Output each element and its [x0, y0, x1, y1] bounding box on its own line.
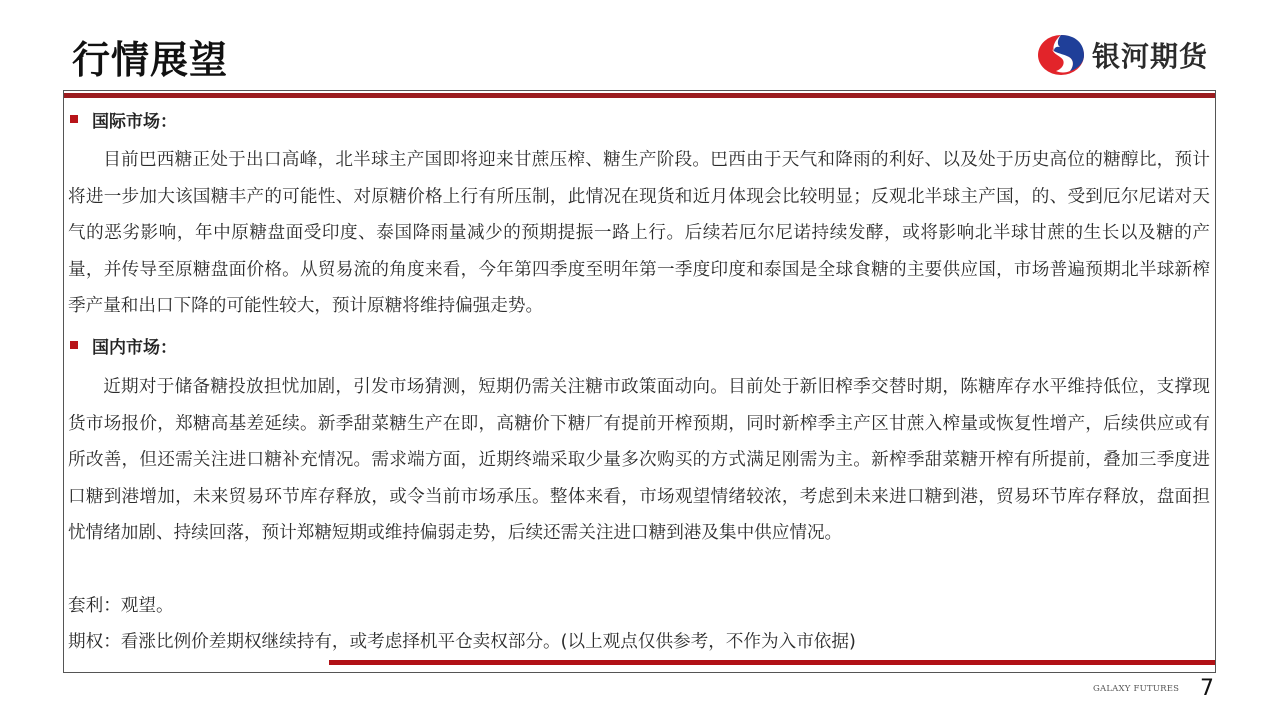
bottom-red-divider: [329, 660, 1215, 665]
section-heading-label: 国际市场：: [92, 107, 177, 132]
options-note: 期权：看涨比例价差期权继续持有，或考虑择机平仓卖权部分。(以上观点仅供参考，不作…: [68, 624, 856, 660]
square-bullet-icon: [70, 341, 78, 349]
section-heading-domestic: 国内市场：: [70, 333, 177, 357]
page-number: 7: [1200, 676, 1214, 701]
square-bullet-icon: [70, 115, 78, 123]
section-heading-international: 国际市场：: [70, 107, 177, 131]
galaxy-logo-icon: [1036, 33, 1086, 77]
top-red-divider: [64, 93, 1215, 98]
logo-text: 银河期货: [1092, 35, 1208, 75]
page-title: 行情展望: [72, 36, 228, 84]
content-box: 国际市场： 目前巴西糖正处于出口高峰，北半球主产国即将迎来甘蔗压榨、糖生产阶段。…: [63, 90, 1216, 673]
footer-brand: GALAXY FUTURES: [1093, 684, 1179, 694]
company-logo: 银河期货: [1036, 32, 1208, 78]
domestic-market-paragraph: 近期对于储备糖投放担忧加剧，引发市场猜测，短期仍需关注糖市政策面动向。目前处于新…: [68, 369, 1210, 552]
international-market-paragraph: 目前巴西糖正处于出口高峰，北半球主产国即将迎来甘蔗压榨、糖生产阶段。巴西由于天气…: [68, 142, 1210, 325]
arbitrage-note: 套利：观望。: [68, 588, 174, 624]
section-heading-label: 国内市场：: [92, 333, 177, 358]
